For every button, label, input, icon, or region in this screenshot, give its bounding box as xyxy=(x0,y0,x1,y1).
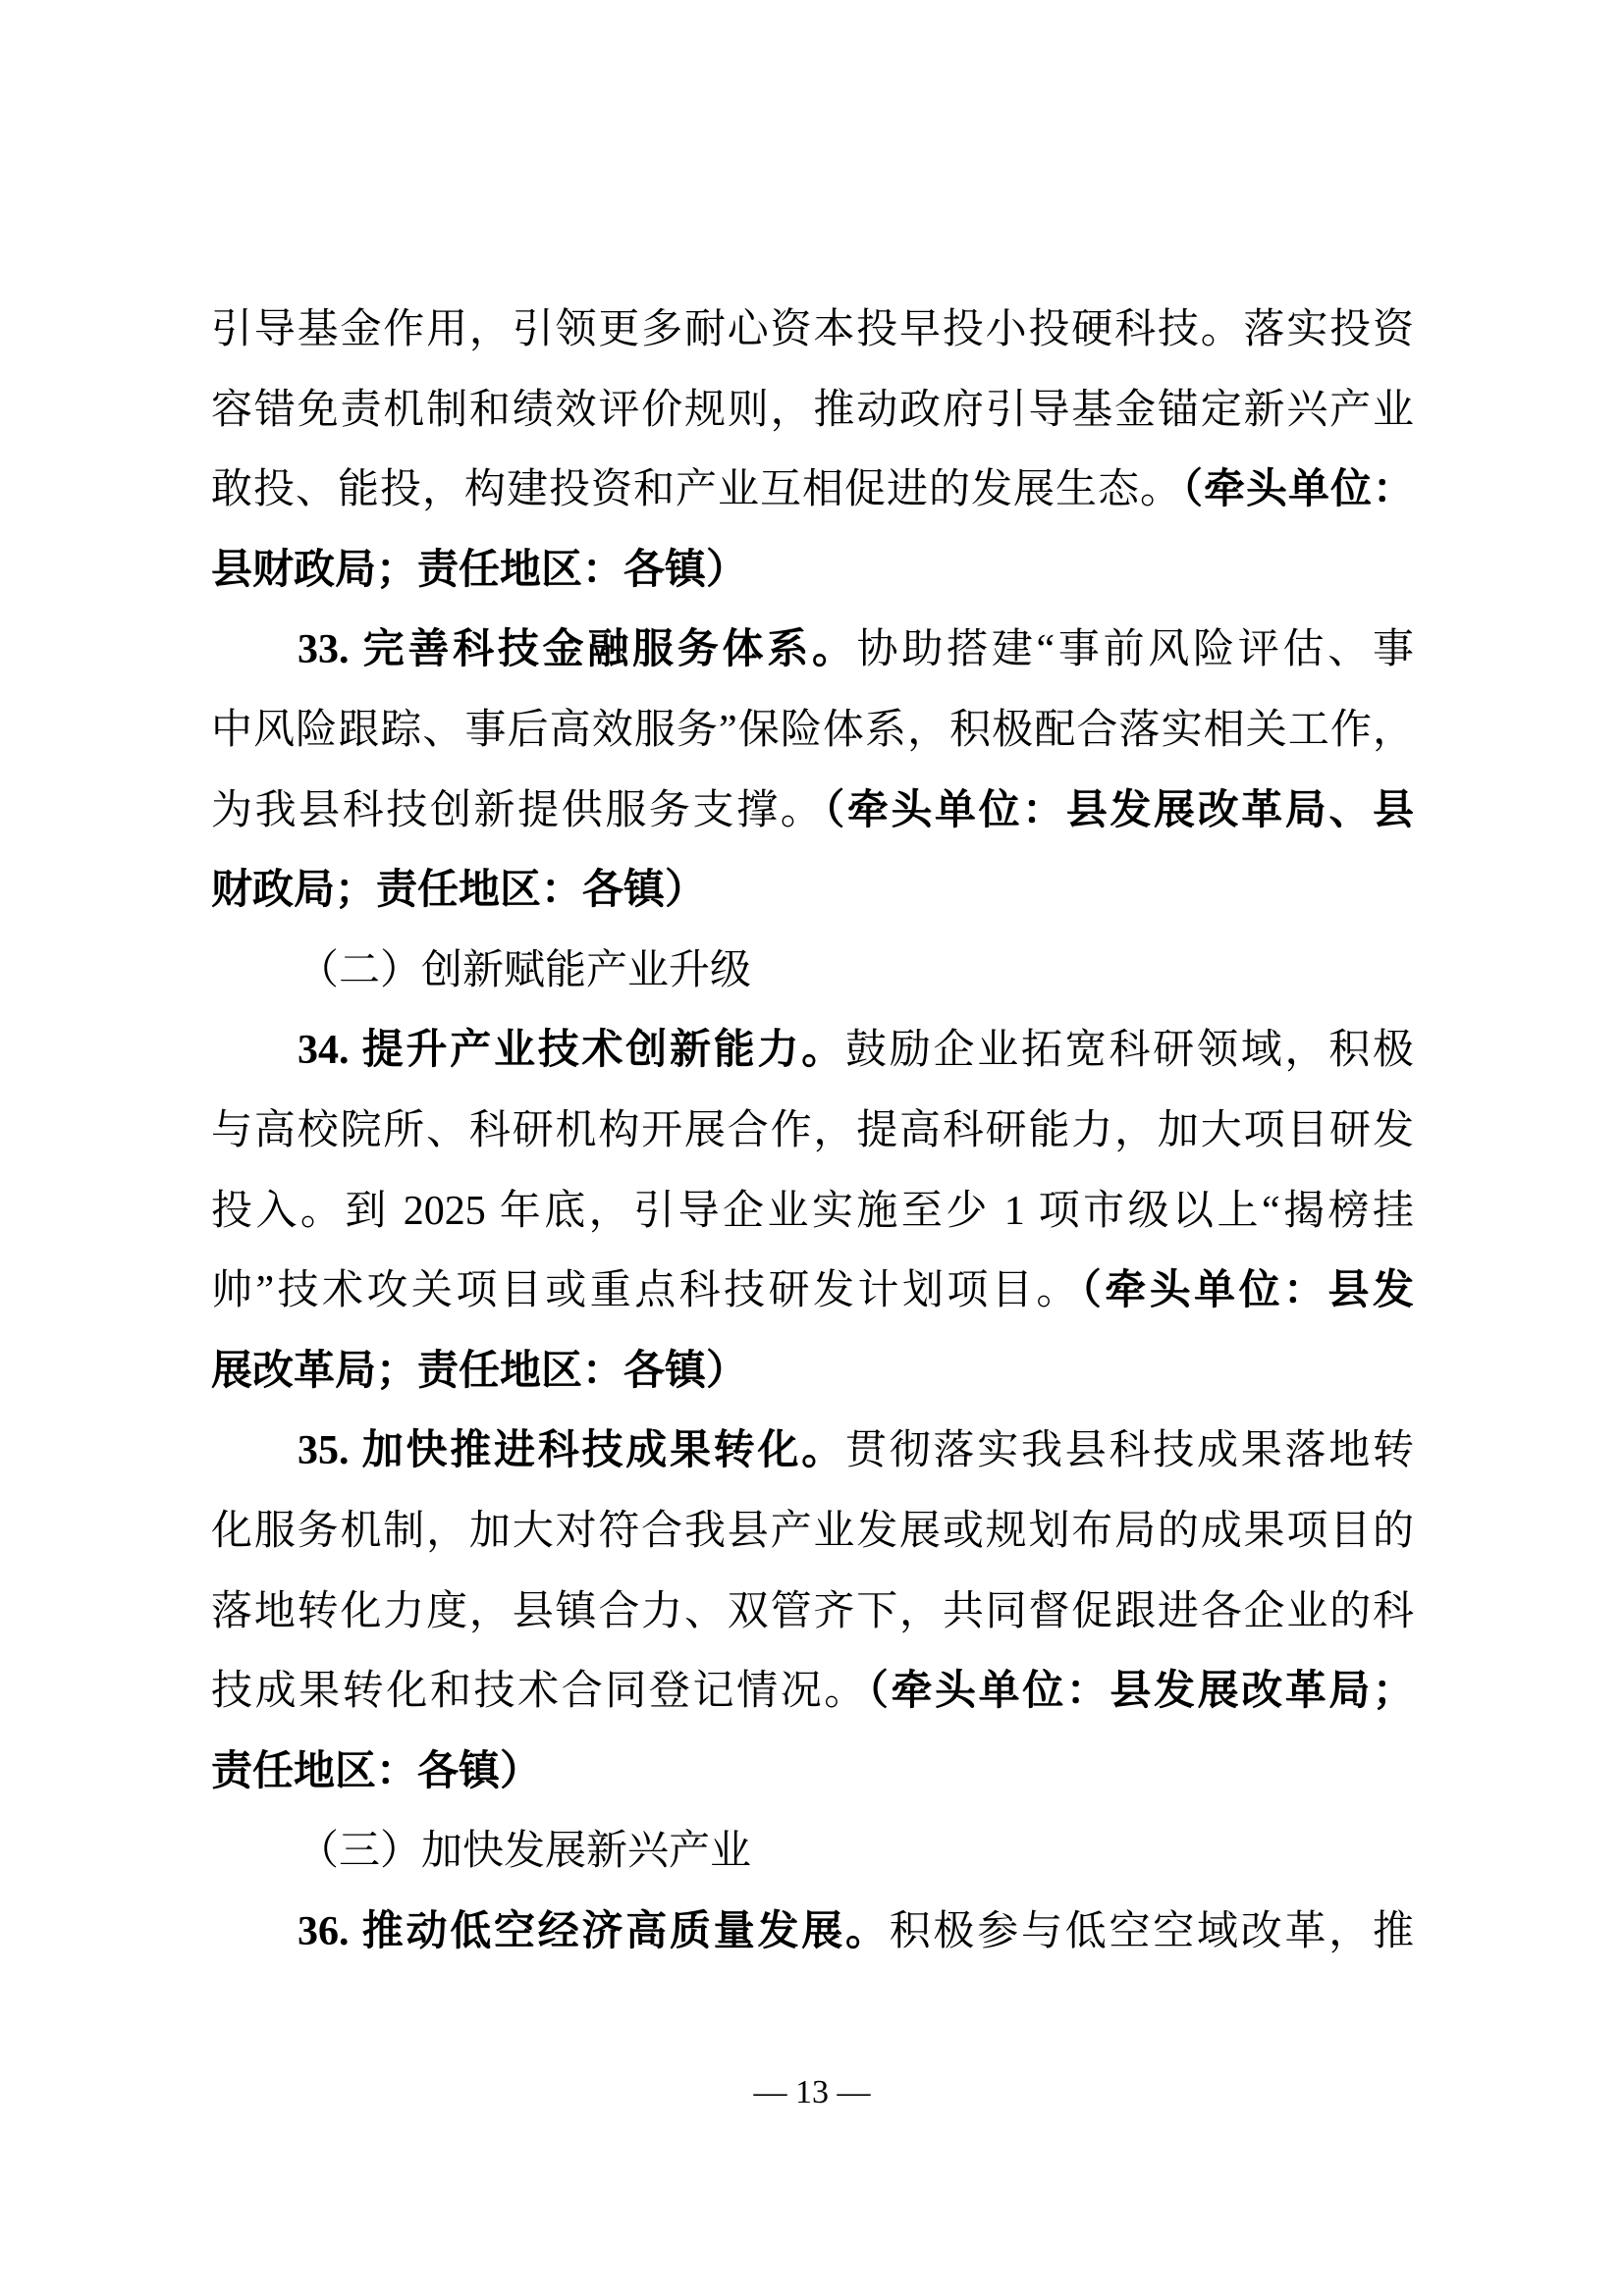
body-text-run: 贯彻落实我县科技成果落地转 xyxy=(845,1428,1414,1473)
text-line: 投入。到 2025 年底，引导企业实施至少 1 项市级以上“揭榜挂 xyxy=(211,1172,1414,1253)
text-line: 引导基金作用，引领更多耐心资本投早投小投硬科技。落实投资 xyxy=(211,291,1414,371)
text-line: 落地转化力度，县镇合力、双管齐下，共同督促跟进各企业的科 xyxy=(211,1573,1414,1653)
body-text-run: 化服务机制，加大对符合我县产业发展或规划布局的成果项目的 xyxy=(211,1509,1414,1554)
bold-lead-run: 财政局；责任地区：各镇） xyxy=(211,868,706,913)
text-line: 敢投、能投，构建投资和产业互相促进的发展生态。（牵头单位： xyxy=(211,451,1414,531)
bold-lead-run: 36. 推动低空经济高质量发展。 xyxy=(298,1909,890,1954)
text-line: 容错免责机制和绩效评价规则，推动政府引导基金锚定新兴产业 xyxy=(211,371,1414,452)
text-line: 35. 加快推进科技成果转化。贯彻落实我县科技成果落地转 xyxy=(211,1412,1414,1492)
body-text-run: 落地转化力度，县镇合力、双管齐下，共同督促跟进各企业的科 xyxy=(211,1589,1414,1634)
text-line: （二）创新赋能产业升级 xyxy=(211,932,1414,1012)
body-text-run: 为我县科技创新提供服务支撑。 xyxy=(211,788,824,833)
body-text-run: 协助搭建“事前风险评估、事 xyxy=(857,627,1414,672)
bold-lead-run: （牵头单位：县发 xyxy=(1081,1268,1414,1313)
body-text-run: 敢投、能投，构建投资和产业互相促进的发展生态。 xyxy=(211,467,1182,512)
text-line: 县财政局；责任地区：各镇） xyxy=(211,531,1414,612)
bold-lead-run: 33. 完善科技金融服务体系。 xyxy=(298,627,857,672)
text-line: 财政局；责任地区：各镇） xyxy=(211,851,1414,932)
body-text-run: 技成果转化和技术合同登记情况。 xyxy=(211,1669,868,1714)
section-heading-run: （三）加快发展新兴产业 xyxy=(298,1829,751,1874)
page-number: — 13 — xyxy=(0,2069,1624,2116)
text-line: 33. 完善科技金融服务体系。协助搭建“事前风险评估、事 xyxy=(211,611,1414,691)
body-text-run: 引导基金作用，引领更多耐心资本投早投小投硬科技。落实投资 xyxy=(211,307,1414,352)
text-line: 化服务机制，加大对符合我县产业发展或规划布局的成果项目的 xyxy=(211,1492,1414,1573)
body-text-run: 鼓励企业拓宽科研领域，积极 xyxy=(845,1028,1414,1073)
text-line: 34. 提升产业技术创新能力。鼓励企业拓宽科研领域，积极 xyxy=(211,1011,1414,1092)
text-line: 中风险跟踪、事后高效服务”保险体系，积极配合落实相关工作， xyxy=(211,691,1414,772)
body-text-run: 与高校院所、科研机构开展合作，提高科研能力，加大项目研发 xyxy=(211,1108,1414,1153)
bold-lead-run: 县财政局；责任地区：各镇） xyxy=(211,548,747,593)
bold-lead-run: （牵头单位： xyxy=(1182,467,1414,512)
bold-lead-run: 展改革局；责任地区：各镇） xyxy=(211,1349,747,1394)
text-line: 责任地区：各镇） xyxy=(211,1733,1414,1813)
body-text-run: 容错免责机制和绩效评价规则，推动政府引导基金锚定新兴产业 xyxy=(211,388,1414,433)
text-line: （三）加快发展新兴产业 xyxy=(211,1812,1414,1893)
section-heading-run: （二）创新赋能产业升级 xyxy=(298,948,751,993)
bold-lead-run: 35. 加快推进科技成果转化。 xyxy=(298,1428,845,1473)
body-text-run: 投入。到 2025 年底，引导企业实施至少 1 项市级以上“揭榜挂 xyxy=(211,1189,1414,1234)
body-text-run: 中风险跟踪、事后高效服务”保险体系，积极配合落实相关工作， xyxy=(211,708,1414,753)
text-line: 36. 推动低空经济高质量发展。积极参与低空空域改革，推 xyxy=(211,1893,1414,1973)
bold-lead-run: 34. 提升产业技术创新能力。 xyxy=(298,1028,845,1073)
document-page: 引导基金作用，引领更多耐心资本投早投小投硬科技。落实投资容错免责机制和绩效评价规… xyxy=(0,0,1624,2296)
body-text-run: 帅”技术攻关项目或重点科技研发计划项目。 xyxy=(211,1268,1081,1313)
text-line: 与高校院所、科研机构开展合作，提高科研能力，加大项目研发 xyxy=(211,1092,1414,1172)
text-line: 为我县科技创新提供服务支撑。（牵头单位：县发展改革局、县 xyxy=(211,772,1414,852)
bold-lead-run: （牵头单位：县发展改革局、县 xyxy=(824,788,1414,833)
bold-lead-run: 责任地区：各镇） xyxy=(211,1749,541,1794)
body-text-run: 积极参与低空空域改革，推 xyxy=(890,1909,1414,1954)
text-line: 展改革局；责任地区：各镇） xyxy=(211,1332,1414,1413)
bold-lead-run: （牵头单位：县发展改革局； xyxy=(868,1669,1414,1714)
text-line: 帅”技术攻关项目或重点科技研发计划项目。（牵头单位：县发 xyxy=(211,1252,1414,1332)
text-line: 技成果转化和技术合同登记情况。（牵头单位：县发展改革局； xyxy=(211,1652,1414,1733)
text-lines: 引导基金作用，引领更多耐心资本投早投小投硬科技。落实投资容错免责机制和绩效评价规… xyxy=(211,291,1414,1972)
